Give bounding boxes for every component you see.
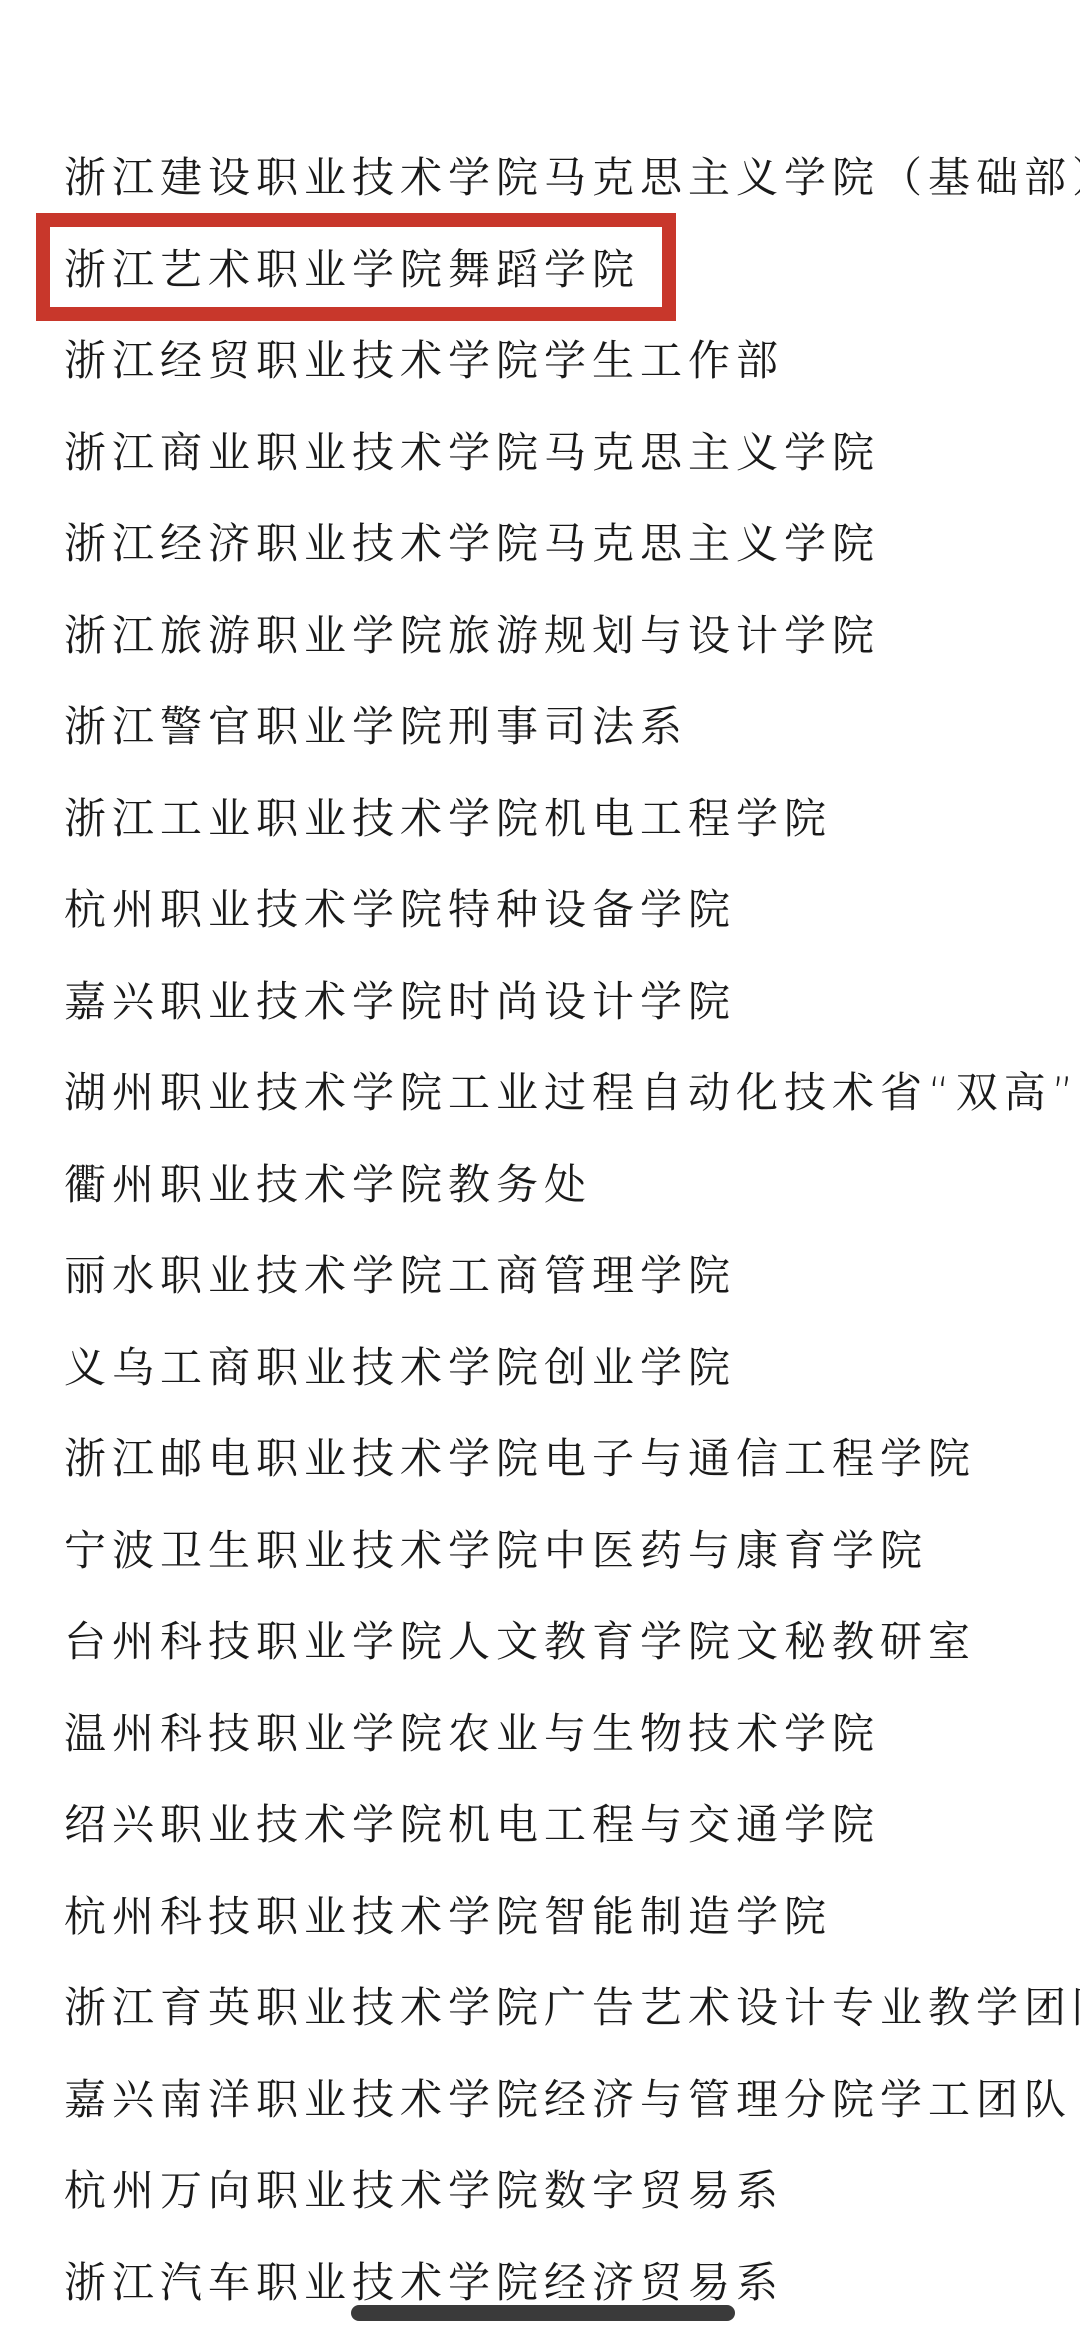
list-item: 丽水职业技术学院工商管理学院 [64, 1230, 736, 1322]
list-item: 绍兴职业技术学院机电工程与交通学院 [64, 1779, 880, 1871]
list-item: 宁波卫生职业技术学院中医药与康育学院 [64, 1505, 928, 1597]
list-item: 温州科技职业学院农业与生物技术学院 [64, 1688, 880, 1780]
list-item: 浙江旅游职业学院旅游规划与设计学院 [64, 590, 880, 682]
list-item: 义乌工商职业技术学院创业学院 [64, 1322, 736, 1414]
list-item: 浙江警官职业学院刑事司法系 [64, 681, 688, 773]
list-item: 台州科技职业学院人文教育学院文秘教研室 [64, 1596, 976, 1688]
list-item: 浙江育英职业技术学院广告艺术设计专业教学团队 [64, 1962, 1080, 2054]
list-item: 浙江商业职业技术学院马克思主义学院 [64, 407, 880, 499]
list-item: 浙江经济职业技术学院马克思主义学院 [64, 498, 880, 590]
list-item: 杭州科技职业技术学院智能制造学院 [64, 1871, 832, 1963]
list-item: 浙江工业职业技术学院机电工程学院 [64, 773, 832, 865]
list-item: 浙江经贸职业技术学院学生工作部 [64, 315, 784, 407]
list-item: 浙江邮电职业技术学院电子与通信工程学院 [64, 1413, 976, 1505]
highlight-box [36, 213, 676, 321]
list-item: 浙江建设职业技术学院马克思主义学院（基础部） [64, 132, 1080, 224]
list-item: 嘉兴职业技术学院时尚设计学院 [64, 956, 736, 1048]
home-indicator[interactable] [351, 2305, 735, 2321]
list-item: 嘉兴南洋职业技术学院经济与管理分院学工团队 [64, 2054, 1072, 2146]
list-item: 衢州职业技术学院教务处 [64, 1139, 592, 1231]
list-item: 杭州万向职业技术学院数字贸易系 [64, 2145, 784, 2237]
list-item: 湖州职业技术学院工业过程自动化技术省“双高”专 [64, 1047, 1080, 1139]
list-item: 杭州职业技术学院特种设备学院 [64, 864, 736, 956]
